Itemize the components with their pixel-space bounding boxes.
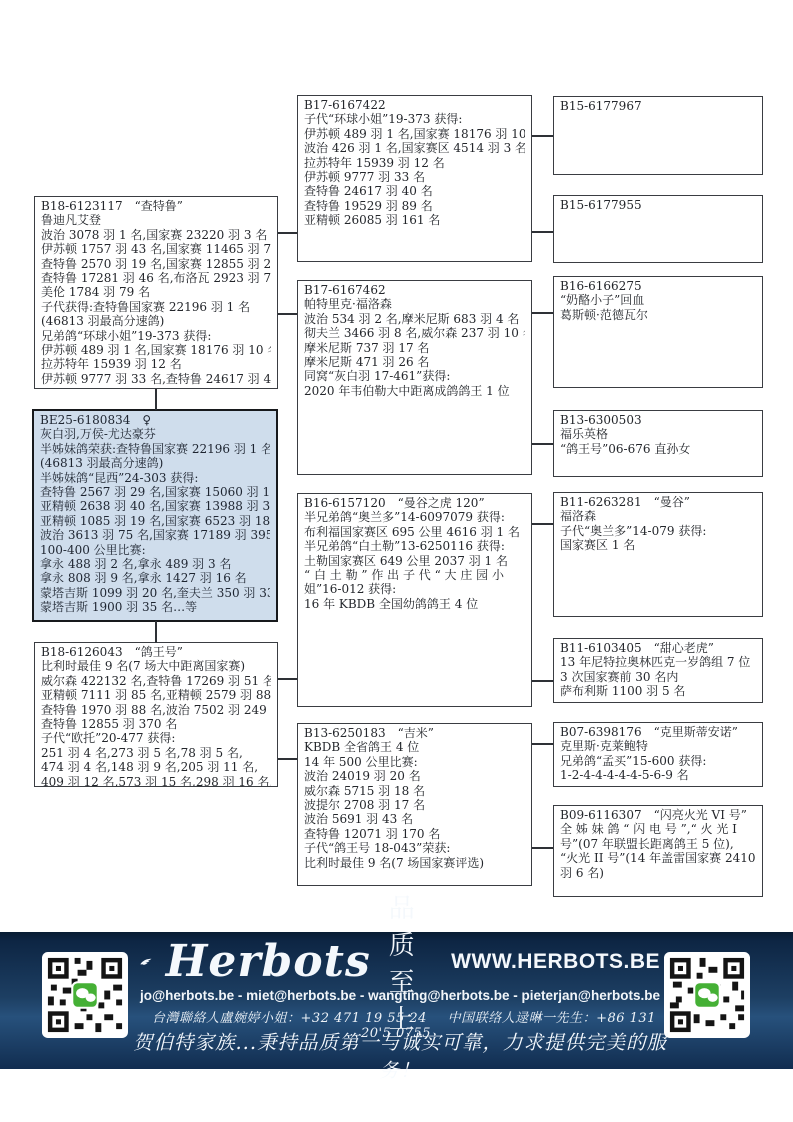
- connector-line: [278, 678, 297, 680]
- ring-number-title: B18-6123117 “查特鲁”: [41, 199, 271, 213]
- result-line: 波治 534 羽 2 名,摩米尼斯 683 羽 4 名: [304, 312, 525, 326]
- result-line: 姐”16-012 获得:: [304, 582, 525, 596]
- ring-number-title: B17-6167422: [304, 98, 525, 112]
- result-line: 14 年 500 公里比赛:: [304, 755, 525, 769]
- result-line: 伊苏顿 489 羽 1 名,国家赛 18176 羽 10 名: [41, 343, 271, 357]
- result-line: 蒙塔吉斯 1099 羽 20 名,奎夫兰 350 羽 33 名: [40, 586, 270, 600]
- connector-line: [278, 758, 297, 760]
- result-line: 拿永 808 羽 9 名,拿永 1427 羽 16 名: [40, 571, 270, 585]
- result-line: 亚精顿 26085 羽 161 名: [304, 213, 525, 227]
- result-line: 伊苏顿 1757 羽 43 名,国家赛 11465 羽 78 名: [41, 242, 271, 256]
- result-line: 半兄弟鸽“奥兰多”14-6097079 获得:: [304, 510, 525, 524]
- pedigree-box-sire: B18-6123117 “查特鲁”鲁迪凡艾登波治 3078 羽 1 名,国家赛 …: [34, 196, 278, 389]
- result-line: 福乐英格: [560, 427, 756, 441]
- wechat-qr-code-right: [664, 952, 750, 1038]
- result-line: KBDB 全省鸽王 4 位: [304, 740, 525, 754]
- wechat-icon: [72, 982, 98, 1008]
- result-line: 摩米尼斯 737 羽 17 名: [304, 341, 525, 355]
- result-line: 查特鲁 12071 羽 170 名: [304, 827, 525, 841]
- pedigree-page: B18-6123117 “查特鲁”鲁迪凡艾登波治 3078 羽 1 名,国家赛 …: [0, 0, 793, 1122]
- result-line: 查特鲁 2567 羽 29 名,国家赛 15060 羽 146 名: [40, 485, 270, 499]
- ring-number-title: B15-6177955: [560, 198, 756, 212]
- connector-line: [532, 231, 553, 233]
- result-line: “火光 II 号”(14 年盖雷国家赛 2410: [560, 851, 756, 865]
- result-line: 亚精顿 2638 羽 40 名,国家赛 13988 羽 384 名: [40, 499, 270, 513]
- result-line: (46813 羽最高分速鸽): [40, 456, 270, 470]
- result-line: 拉苏特年 15939 羽 12 名: [304, 156, 525, 170]
- result-line: 兄弟鸽“孟买”15-600 获得:: [560, 754, 756, 768]
- ring-number-title: B07-6398176 “克里斯蒂安诺”: [560, 725, 756, 739]
- connector-line: [278, 232, 297, 234]
- result-line: 子代“鸽王号 18-043”荣获:: [304, 841, 525, 855]
- pedigree-box-granddam-2: B13-6250183 “吉米”KBDB 全省鸽王 4 位14 年 500 公里…: [297, 723, 532, 886]
- result-line: 亚精顿 1085 羽 19 名,国家赛 6523 羽 184 名: [40, 514, 270, 528]
- result-line: 土勒国家赛区 649 公里 2037 羽 1 名: [304, 554, 525, 568]
- ring-number-title: B16-6166275: [560, 279, 756, 293]
- result-line: 摩米尼斯 471 羽 26 名: [304, 355, 525, 369]
- result-line: 474 羽 4 名,148 羽 9 名,205 羽 11 名,: [41, 760, 271, 774]
- connector-line: [278, 313, 297, 315]
- result-line: 子代“欧托”20-477 获得:: [41, 731, 271, 745]
- result-line: 查特鲁 17281 羽 46 名,布洛瓦 2923 羽 76 名: [41, 271, 271, 285]
- result-line: 半姊妹鸽荣获:查特鲁国家赛 22196 羽 1 名: [40, 442, 270, 456]
- result-line: 拉苏特年 15939 羽 12 名: [41, 357, 271, 371]
- pedigree-box-greatgrandparent-2: B15-6177955: [553, 195, 763, 263]
- ring-number-title: B09-6116307 “闪亮火光 VI 号”: [560, 808, 756, 822]
- feather-icon: [140, 951, 152, 973]
- result-line: 国家赛区 1 名: [560, 538, 756, 552]
- result-line: 409 羽 12 名,573 羽 15 名,298 羽 16 名…等: [41, 775, 271, 787]
- pedigree-box-greatgrandparent-3: B16-6166275“奶酪小子”回血葛斯顿·范德瓦尔: [553, 276, 763, 388]
- pedigree-box-grandsire-2: B16-6157120 “曼谷之虎 120”半兄弟鸽“奥兰多”14-609707…: [297, 493, 532, 707]
- result-line: 号”(07 年联盟长距离鸽王 5 位),: [560, 837, 756, 851]
- result-line: 查特鲁 12855 羽 370 名: [41, 717, 271, 731]
- ring-number-title: B13-6300503: [560, 413, 756, 427]
- connector-line: [532, 312, 553, 314]
- result-line: “奶酪小子”回血: [560, 293, 756, 307]
- result-line: 威尔森 422132 名,查特鲁 17269 羽 51 名: [41, 674, 271, 688]
- result-line: 克里斯·克莱鲍特: [560, 739, 756, 753]
- wechat-qr-code-left: [42, 952, 128, 1038]
- ring-number-title: B11-6263281 “曼谷”: [560, 495, 756, 509]
- ring-number-title: B18-6126043 “鸽王号”: [41, 645, 271, 659]
- result-line: (46813 羽最高分速鸽): [41, 314, 271, 328]
- pedigree-box-greatgrandparent-4: B13-6300503福乐英格“鸽王号”06-676 直孙女: [553, 410, 763, 477]
- result-line: 2020 年韦伯勒大中距离成鸽鸽王 1 位: [304, 384, 525, 398]
- brand-row: Herbots 品质至上 WWW.HERBOTS.BE: [140, 936, 660, 988]
- result-line: 灰白羽,万侯-尤达豪芬: [40, 427, 270, 441]
- result-line: 子代“奥兰多”14-079 获得:: [560, 524, 756, 538]
- pedigree-box-grandsire-1: B17-6167422子代“环球小姐”19-373 获得:伊苏顿 489 羽 1…: [297, 95, 532, 262]
- pedigree-box-greatgrandparent-1: B15-6177967: [553, 96, 763, 175]
- result-line: 同窝“灰白羽 17-461”获得:: [304, 369, 525, 383]
- connector-line: [532, 847, 553, 849]
- ring-number-title: B11-6103405 “甜心老虎”: [560, 641, 756, 655]
- result-line: 全 姊 妹 鸽 “ 闪 电 号 ”,“ 火 光 I: [560, 822, 756, 836]
- result-line: 萨布利斯 1100 羽 5 名: [560, 684, 756, 698]
- brand-logo-text: Herbots: [166, 940, 371, 984]
- ring-number-title: B13-6250183 “吉米”: [304, 726, 525, 740]
- pedigree-box-granddam-1: B17-6167462帕特里克·福洛森波治 534 羽 2 名,摩米尼斯 683…: [297, 280, 532, 475]
- result-line: 威尔森 5715 羽 18 名: [304, 784, 525, 798]
- result-line: 伊苏顿 9777 羽 33 名,查特鲁 24617 羽 40 名: [41, 372, 271, 386]
- pedigree-box-dam: B18-6126043 “鸽王号”比利时最佳 9 名(7 场大中距离国家赛)威尔…: [34, 642, 278, 787]
- result-line: 查特鲁 24617 羽 40 名: [304, 184, 525, 198]
- result-line: 1-2-4-4-4-4-4-5-6-9 名: [560, 768, 756, 782]
- pedigree-box-greatgrandparent-5: B11-6263281 “曼谷”福洛森子代“奥兰多”14-079 获得:国家赛区…: [553, 492, 763, 617]
- result-line: 兄弟鸽“环球小姐”19-373 获得:: [41, 329, 271, 343]
- result-line: 波治 3078 羽 1 名,国家赛 23220 羽 3 名: [41, 228, 271, 242]
- ring-number-title: B15-6177967: [560, 99, 756, 113]
- result-line: 波治 3613 羽 75 名,国家赛 17189 羽 395 名: [40, 528, 270, 542]
- result-line: “鸽王号”06-676 直孙女: [560, 442, 756, 456]
- result-line: 波提尔 2708 羽 17 名: [304, 798, 525, 812]
- result-line: 美伦 1784 羽 79 名: [41, 285, 271, 299]
- result-line: 波治 24019 羽 20 名: [304, 769, 525, 783]
- wechat-icon: [694, 982, 720, 1008]
- result-line: 查特鲁 2570 羽 19 名,国家赛 12855 羽 25 名: [41, 257, 271, 271]
- result-line: 251 羽 4 名,273 羽 5 名,78 羽 5 名,: [41, 746, 271, 760]
- pedigree-box-greatgrandparent-6: B11-6103405 “甜心老虎”13 年尼特拉奥林匹克一岁鸽组 7 位3 次…: [553, 638, 763, 703]
- result-line: 羽 6 名): [560, 866, 756, 880]
- connector-line: [532, 135, 553, 137]
- ring-number-title: B17-6167462: [304, 283, 525, 297]
- result-line: 蒙塔吉斯 1900 羽 35 名…等: [40, 600, 270, 614]
- result-line: 比利时最佳 9 名(7 场大中距离国家赛): [41, 659, 271, 673]
- connector-line: [532, 743, 553, 745]
- ring-number-title: BE25-6180834 ♀: [40, 413, 270, 427]
- result-line: 子代“环球小姐”19-373 获得:: [304, 112, 525, 126]
- connector-line: [155, 389, 157, 410]
- website-url: WWW.HERBOTS.BE: [451, 950, 660, 974]
- result-line: 布利福国家赛区 695 公里 4616 羽 1 名: [304, 525, 525, 539]
- result-line: 鲁迪凡艾登: [41, 213, 271, 227]
- result-line: 半兄弟鸽“白土勒”13-6250116 获得:: [304, 539, 525, 553]
- connector-line: [532, 523, 553, 525]
- connector-line: [532, 443, 553, 445]
- connector-line: [155, 621, 157, 643]
- result-line: 100-400 公里比赛:: [40, 543, 270, 557]
- footer-tagline: 贺伯特家族...秉持品质第一与诚实可靠，力求提供完美的服务！: [120, 1027, 680, 1083]
- result-line: 13 年尼特拉奥林匹克一岁鸽组 7 位: [560, 655, 756, 669]
- result-line: 波治 5691 羽 43 名: [304, 812, 525, 826]
- result-line: 半姊妹鸽“昆西”24-303 获得:: [40, 471, 270, 485]
- result-line: 彻夫兰 3466 羽 8 名,威尔森 237 羽 10 名: [304, 326, 525, 340]
- email-line: jo@herbots.be - miet@herbots.be - wangti…: [130, 988, 670, 1003]
- result-line: 比利时最佳 9 名(7 场国家赛评选): [304, 856, 525, 870]
- result-line: 查特鲁 19529 羽 89 名: [304, 199, 525, 213]
- result-line: “ 白 土 勒 ” 作 出 子 代 “ 大 庄 园 小: [304, 568, 525, 582]
- pedigree-box-main-pigeon: BE25-6180834 ♀灰白羽,万侯-尤达豪芬半姊妹鸽荣获:查特鲁国家赛 2…: [32, 409, 278, 622]
- result-line: 查特鲁 1970 羽 88 名,波治 7502 羽 249 名: [41, 703, 271, 717]
- connector-line: [532, 680, 553, 682]
- pedigree-box-greatgrandparent-7: B07-6398176 “克里斯蒂安诺”克里斯·克莱鲍特兄弟鸽“孟买”15-60…: [553, 722, 763, 787]
- result-line: 3 次国家赛前 30 名内: [560, 670, 756, 684]
- ring-number-title: B16-6157120 “曼谷之虎 120”: [304, 496, 525, 510]
- pedigree-box-greatgrandparent-8: B09-6116307 “闪亮火光 VI 号”全 姊 妹 鸽 “ 闪 电 号 ”…: [553, 805, 763, 897]
- contact-taiwan: 台灣聯絡人盧婉婷小姐：+32 471 19 55 24: [152, 1011, 427, 1026]
- result-line: 拿永 488 羽 2 名,拿永 489 羽 3 名: [40, 557, 270, 571]
- result-line: 子代获得:查特鲁国家赛 22196 羽 1 名: [41, 300, 271, 314]
- result-line: 帕特里克·福洛森: [304, 297, 525, 311]
- result-line: 伊苏顿 489 羽 1 名,国家赛 18176 羽 10 名: [304, 127, 525, 141]
- result-line: 亚精顿 7111 羽 85 名,亚精顿 2579 羽 88 名: [41, 688, 271, 702]
- result-line: 波治 426 羽 1 名,国家赛区 4514 羽 3 名: [304, 141, 525, 155]
- result-line: 16 年 KBDB 全国幼鸽鸽王 4 位: [304, 597, 525, 611]
- result-line: 葛斯顿·范德瓦尔: [560, 308, 756, 322]
- result-line: 福洛森: [560, 509, 756, 523]
- result-line: 伊苏顿 9777 羽 33 名: [304, 170, 525, 184]
